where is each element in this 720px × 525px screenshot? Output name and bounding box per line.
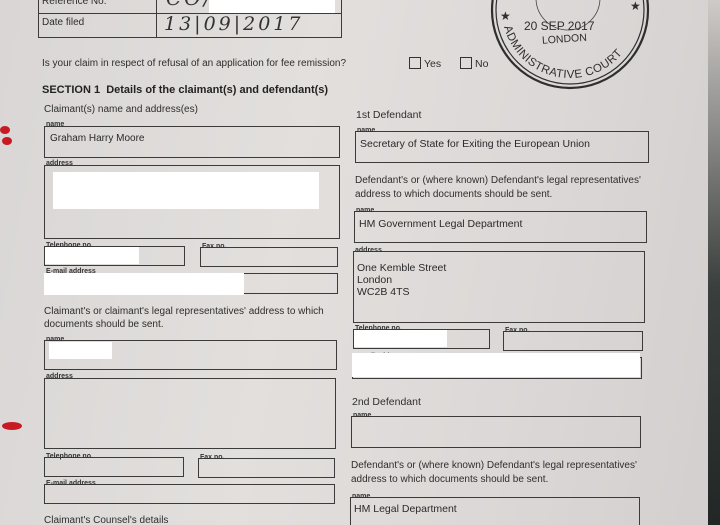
claimant-rep-email-field[interactable] bbox=[44, 484, 335, 504]
reference-label: Reference No. bbox=[42, 0, 106, 7]
defendant2-name-label: name bbox=[353, 412, 371, 419]
claimant-rep-telephone-field[interactable] bbox=[44, 457, 184, 477]
defendant1-telephone-redaction bbox=[354, 330, 447, 347]
claimant-rep-fax-label: Fax no. bbox=[200, 454, 225, 461]
reference-value: CO/ bbox=[166, 0, 213, 10]
defendant1-name-value: Secretary of State for Exiting the Europ… bbox=[360, 138, 590, 150]
defendant1-rep-name-value: HM Government Legal Department bbox=[359, 218, 522, 230]
defendant2-rep-heading: Defendant's or (where known) Defendant's… bbox=[351, 459, 651, 487]
defendant1-address-label: address bbox=[355, 247, 382, 254]
claimant-telephone-redaction bbox=[45, 247, 139, 264]
stamp-city: LONDON bbox=[542, 32, 588, 47]
defendant2-name-field[interactable] bbox=[351, 416, 641, 448]
defendant1-email-redaction bbox=[352, 353, 640, 377]
defendant1-fax-field[interactable] bbox=[503, 331, 643, 351]
red-pin-top-2 bbox=[2, 137, 12, 145]
claimant-address-redaction bbox=[53, 172, 319, 209]
fee-remission-question: Is your claim in respect of refusal of a… bbox=[42, 58, 346, 69]
defendant1-rep-name-label: name bbox=[356, 207, 374, 214]
stamp-star-left: ★ bbox=[500, 9, 511, 23]
claimant-fax-label: Fax no. bbox=[202, 243, 227, 250]
defendant1-address-value: One Kemble Street London WC2B 4TS bbox=[357, 262, 446, 298]
claimant-fax-field[interactable] bbox=[200, 247, 338, 267]
section-title: Details of the claimant(s) and defendant… bbox=[106, 84, 328, 96]
claimant-rep-heading: Claimant's or claimant's legal represent… bbox=[44, 305, 334, 331]
claimant-rep-fax-field[interactable] bbox=[198, 458, 335, 478]
table-edge-background bbox=[708, 0, 720, 525]
stamp-star-right: ★ bbox=[630, 0, 641, 13]
claimant-email-redaction bbox=[44, 273, 244, 295]
defendant1-rep-heading: Defendant's or (where known) Defendant's… bbox=[355, 174, 655, 202]
date-filed-label: Date filed bbox=[42, 17, 84, 28]
claimant-rep-telephone-label: Telephone no. bbox=[46, 453, 93, 460]
fee-no-checkbox[interactable] bbox=[460, 57, 472, 69]
fee-yes-label: Yes bbox=[424, 58, 441, 70]
claimant-name-label: name bbox=[46, 121, 64, 128]
section-heading: SECTION 1 Details of the claimant(s) and… bbox=[42, 84, 328, 96]
counsel-heading: Claimant's Counsel's details bbox=[44, 515, 168, 525]
section-number: SECTION 1 bbox=[42, 84, 100, 96]
red-pin-bottom bbox=[2, 422, 22, 430]
date-filed-value: 13|09|2017 bbox=[164, 13, 304, 35]
claimant-heading: Claimant(s) name and address(es) bbox=[44, 104, 198, 115]
claimant-rep-email-label: E-mail address bbox=[46, 480, 96, 487]
claimant-name-value: Graham Harry Moore bbox=[50, 133, 144, 145]
claimant-rep-name-redaction bbox=[49, 342, 112, 359]
defendant2-rep-name-value: HM Legal Department bbox=[354, 503, 457, 515]
fee-yes-checkbox[interactable] bbox=[409, 57, 421, 69]
header-table-col-divider bbox=[156, 0, 157, 38]
defendant2-heading: 2nd Defendant bbox=[352, 396, 421, 408]
red-pin-top bbox=[0, 126, 10, 134]
defendant2-rep-name-label: name bbox=[352, 493, 370, 500]
claimant-rep-address-label: address bbox=[46, 373, 73, 380]
claimant-address-label: address bbox=[46, 160, 73, 167]
defendant1-name-label: name bbox=[357, 127, 375, 134]
defendant1-heading: 1st Defendant bbox=[356, 109, 421, 121]
reference-redaction bbox=[209, 0, 335, 13]
defendant1-fax-label: Fax no. bbox=[505, 327, 530, 334]
claimant-rep-address-field[interactable] bbox=[44, 378, 336, 449]
court-stamp: ★ ★ 20 SEP 2017 LONDON ADMINISTRATIVE CO… bbox=[480, 0, 660, 90]
